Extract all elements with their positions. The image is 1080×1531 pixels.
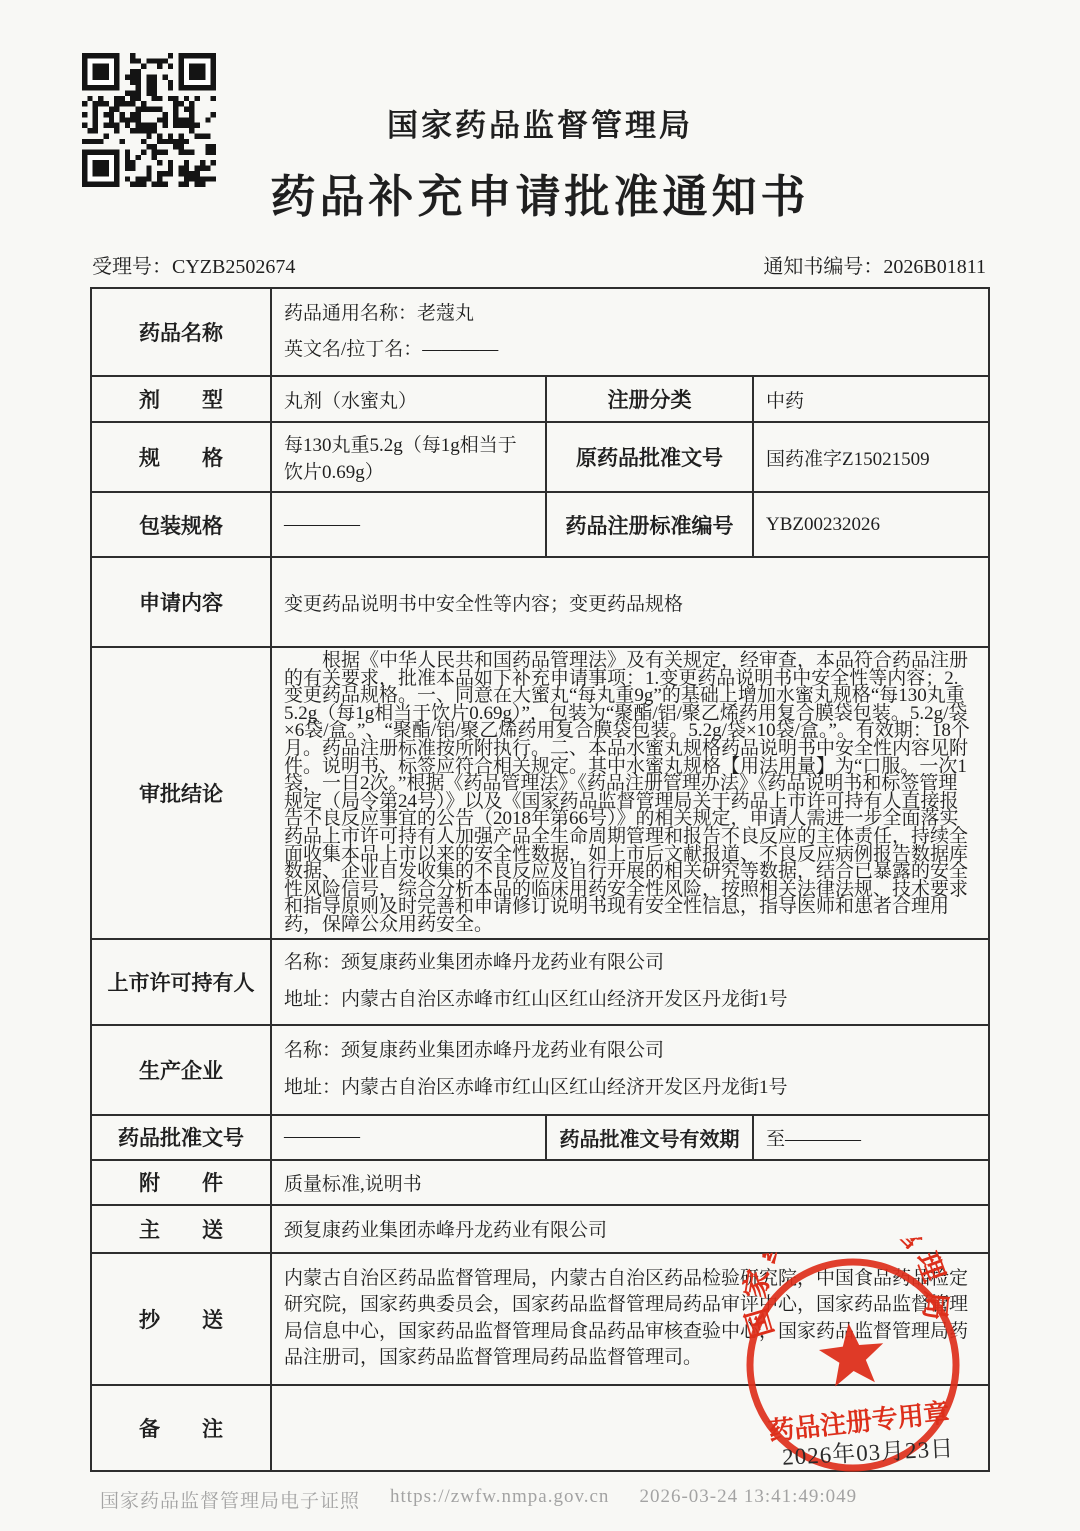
table-row: 剂 型 丸剂（水蜜丸） 注册分类 中药 (91, 376, 989, 422)
manufacturer-address: 地址：内蒙古自治区赤峰市红山区红山经济开发区丹龙街1号 (284, 1070, 976, 1106)
drug-name-value: 药品通用名称：老蔻丸 英文名/拉丁名：———— (271, 288, 989, 376)
application-content-value: 变更药品说明书中安全性等内容；变更药品规格 (271, 557, 989, 647)
agency-title: 国家药品监督管理局 (0, 100, 1080, 145)
mah-label: 上市许可持有人 (91, 939, 271, 1025)
manufacturer-value: 名称：颈复康药业集团赤峰丹龙药业有限公司 地址：内蒙古自治区赤峰市红山区红山经济… (271, 1025, 989, 1115)
seal-star-icon (816, 1320, 887, 1388)
specification-value: 每130丸重5.2g（每1g相当于饮片0.69g） (271, 422, 546, 492)
table-row: 生产企业 名称：颈复康药业集团赤峰丹龙药业有限公司 地址：内蒙古自治区赤峰市红山… (91, 1025, 989, 1115)
dosage-form-label: 剂 型 (91, 376, 271, 422)
cc-label: 抄 送 (91, 1253, 271, 1385)
approval-conclusion-value: 根据《中华人民共和国药品管理法》及有关规定，经审查，本品符合药品注册的有关要求，… (271, 647, 989, 939)
footer-timestamp: 2026-03-24 13:41:49:049 (639, 1486, 857, 1513)
meta-row: 受理号：CYZB2502674 通知书编号：2026B01811 (92, 250, 986, 279)
attachments-value: 质量标准,说明书 (271, 1160, 989, 1205)
dosage-form-value: 丸剂（水蜜丸） (271, 376, 546, 422)
table-row: 上市许可持有人 名称：颈复康药业集团赤峰丹龙药业有限公司 地址：内蒙古自治区赤峰… (91, 939, 989, 1025)
specification-label: 规 格 (91, 422, 271, 492)
package-spec-value: ———— (271, 492, 546, 557)
footer: 国家药品监督管理局电子证照 https://zwfw.nmpa.gov.cn 2… (100, 1486, 1020, 1513)
registration-class-value: 中药 (753, 376, 989, 422)
mah-address: 地址：内蒙古自治区赤峰市红山区红山经济开发区丹龙街1号 (284, 982, 976, 1018)
approval-notice-document: 国家药品监督管理局 药品补充申请批准通知书 受理号：CYZB2502674 通知… (0, 0, 1080, 1531)
registration-standard-no-value: YBZ00232026 (753, 492, 989, 557)
approval-no-value: ———— (271, 1115, 546, 1160)
manufacturer-name: 名称：颈复康药业集团赤峰丹龙药业有限公司 (284, 1033, 976, 1069)
drug-name-label: 药品名称 (91, 288, 271, 376)
acceptance-number: 受理号：CYZB2502674 (92, 250, 295, 279)
mah-value: 名称：颈复康药业集团赤峰丹龙药业有限公司 地址：内蒙古自治区赤峰市红山区红山经济… (271, 939, 989, 1025)
remarks-label: 备 注 (91, 1385, 271, 1471)
package-spec-label: 包装规格 (91, 492, 271, 557)
attachments-label: 附 件 (91, 1160, 271, 1205)
approval-no-validity-value: 至———— (753, 1115, 989, 1160)
approval-no-validity-label: 药品批准文号有效期 (546, 1115, 753, 1160)
table-row: 规 格 每130丸重5.2g（每1g相当于饮片0.69g） 原药品批准文号 国药… (91, 422, 989, 492)
approval-no-label: 药品批准文号 (91, 1115, 271, 1160)
manufacturer-label: 生产企业 (91, 1025, 271, 1115)
table-row: 审批结论 根据《中华人民共和国药品管理法》及有关规定，经审查，本品符合药品注册的… (91, 647, 989, 939)
table-row: 包装规格 ———— 药品注册标准编号 YBZ00232026 (91, 492, 989, 557)
main-recipient-label: 主 送 (91, 1205, 271, 1253)
table-row: 申请内容 变更药品说明书中安全性等内容；变更药品规格 (91, 557, 989, 647)
approval-conclusion-label: 审批结论 (91, 647, 271, 939)
registration-class-label: 注册分类 (546, 376, 753, 422)
table-row: 药品批准文号 ———— 药品批准文号有效期 至———— (91, 1115, 989, 1160)
page-title: 药品补充申请批准通知书 (0, 160, 1080, 225)
notice-number: 通知书编号：2026B01811 (763, 250, 986, 279)
footer-url: https://zwfw.nmpa.gov.cn (390, 1486, 609, 1513)
table-row: 药品名称 药品通用名称：老蔻丸 英文名/拉丁名：———— (91, 288, 989, 376)
application-content-label: 申请内容 (91, 557, 271, 647)
original-approval-no-value: 国药准字Z15021509 (753, 422, 989, 492)
mah-name: 名称：颈复康药业集团赤峰丹龙药业有限公司 (284, 945, 976, 981)
footer-label: 国家药品监督管理局电子证照 (100, 1486, 360, 1513)
table-row: 附 件 质量标准,说明书 (91, 1160, 989, 1205)
registration-standard-no-label: 药品注册标准编号 (546, 492, 753, 557)
original-approval-no-label: 原药品批准文号 (546, 422, 753, 492)
